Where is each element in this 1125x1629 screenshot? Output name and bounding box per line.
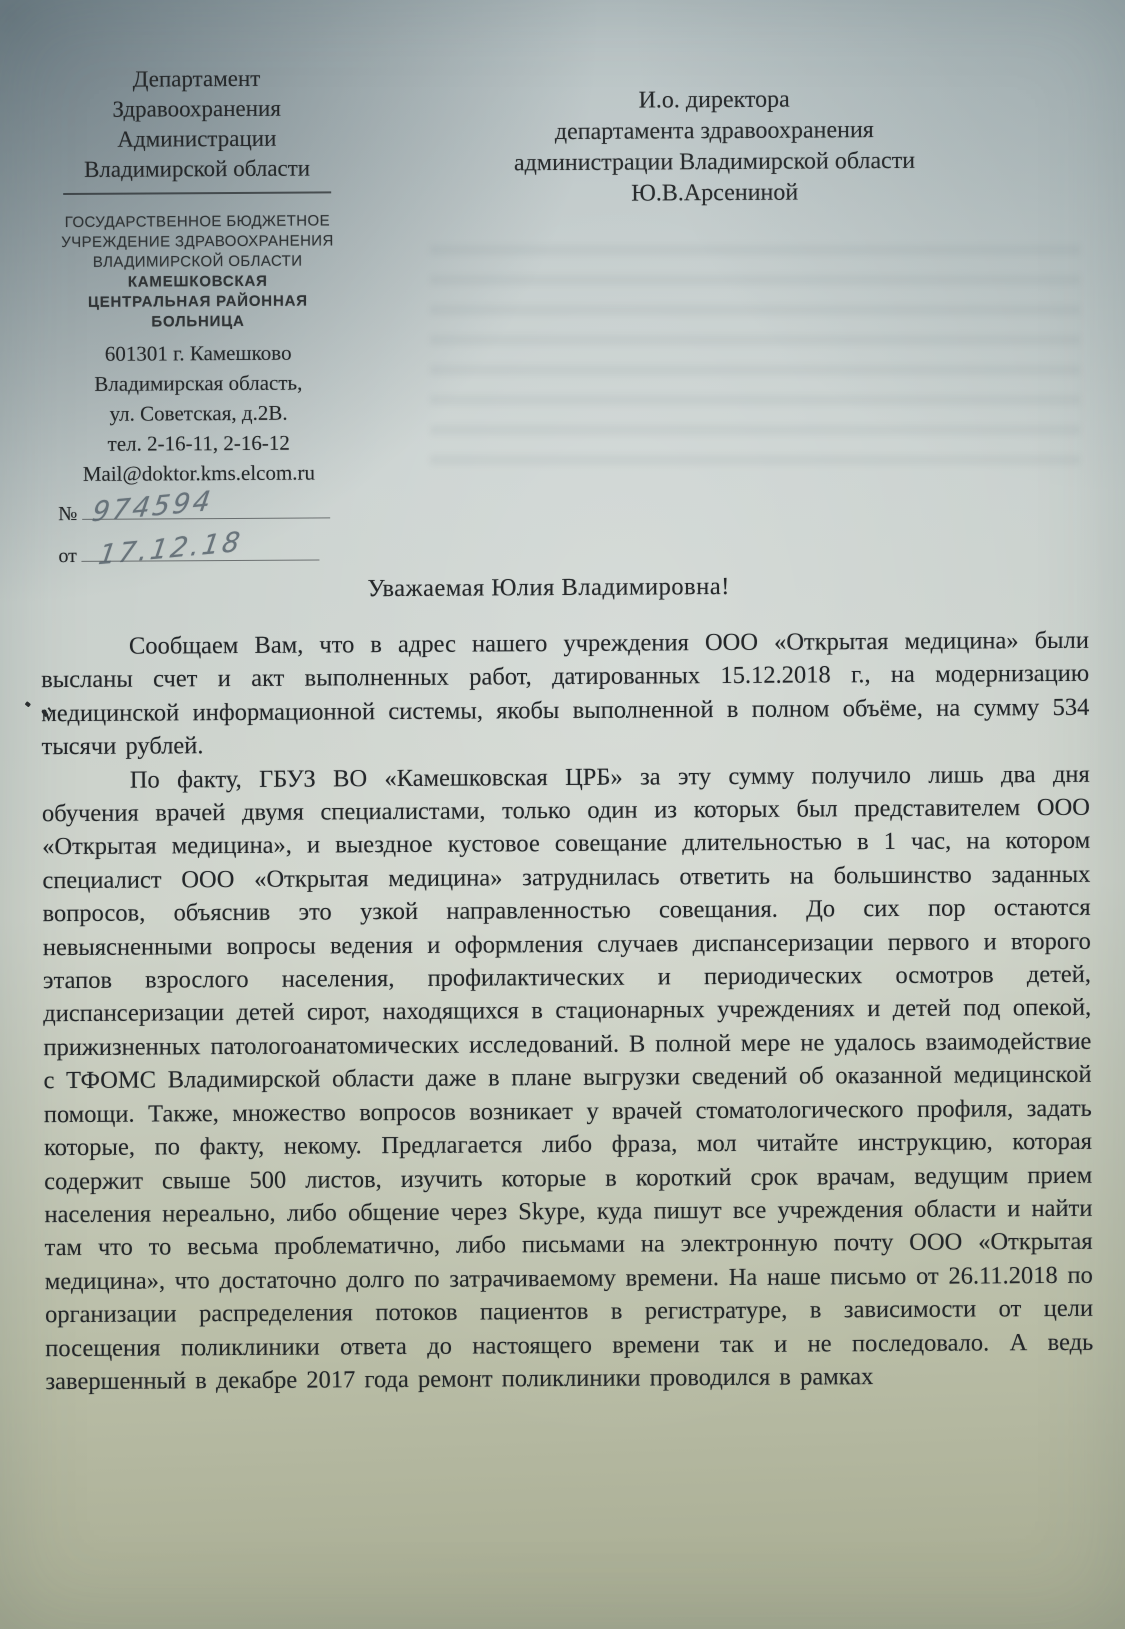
organization-name-line: КАМЕШКОВСКАЯ bbox=[39, 271, 357, 293]
body-paragraph: По факту, ГБУЗ ВО «Камешковская ЦРБ» за … bbox=[42, 757, 1094, 1398]
ref-date-row: от 17.12.18 bbox=[40, 537, 358, 573]
letterhead-department: Департамент Здравоохранения Администраци… bbox=[37, 63, 356, 185]
addressee-line: Ю.В.Арсениной bbox=[462, 177, 967, 211]
department-line: Департамент bbox=[37, 63, 355, 95]
ref-number-label: № bbox=[58, 497, 77, 531]
ref-date-label: от bbox=[58, 539, 77, 573]
addressee-line: администрации Владимирской области bbox=[462, 146, 967, 180]
salutation: Уважаемая Юлия Владимировна! bbox=[0, 571, 1099, 606]
letterhead: Департамент Здравоохранения Администраци… bbox=[37, 63, 358, 573]
organization-name-line: БОЛЬНИЦА bbox=[39, 311, 357, 333]
handwritten-ref-date: 17.12.18 bbox=[96, 525, 245, 573]
organization-name-line: ЦЕНТРАЛЬНАЯ РАЙОННАЯ bbox=[39, 291, 357, 313]
letter-content: Департамент Здравоохранения Администраци… bbox=[0, 0, 1125, 1629]
addressee-line: И.о. директора bbox=[462, 84, 967, 118]
address-line: Mail@doktor.kms.elcom.ru bbox=[40, 457, 358, 489]
letter-body: Сообщаем Вам, что в адрес нашего учрежде… bbox=[41, 624, 1094, 1399]
ref-number-row: № 974594 bbox=[40, 495, 358, 531]
department-line: Владимирской области bbox=[38, 153, 356, 185]
handwritten-ref-number: 974594 bbox=[90, 485, 216, 531]
letterhead-address: 601301 г. Камешково Владимирская область… bbox=[39, 337, 358, 489]
department-line: Здравоохранения bbox=[38, 93, 356, 125]
address-line: 601301 г. Камешково bbox=[39, 337, 357, 369]
addressee-line: департамента здравоохранения bbox=[462, 115, 967, 149]
addressee-block: И.о. директора департамента здравоохране… bbox=[462, 84, 968, 211]
organization-line: ГОСУДАРСТВЕННОЕ БЮДЖЕТНОЕ bbox=[38, 211, 356, 233]
address-line: ул. Советская, д.2В. bbox=[39, 397, 357, 429]
department-line: Администрации bbox=[38, 123, 356, 155]
letterhead-divider bbox=[63, 191, 331, 195]
organization-line: УЧРЕЖДЕНИЕ ЗДРАВООХРАНЕНИЯ bbox=[38, 231, 356, 253]
address-line: Владимирская область, bbox=[39, 367, 357, 399]
body-paragraph: Сообщаем Вам, что в адрес нашего учрежде… bbox=[41, 624, 1090, 764]
scanned-letter-page: Департамент Здравоохранения Администраци… bbox=[0, 0, 1125, 1629]
ink-mark bbox=[25, 701, 31, 707]
letterhead-organization: ГОСУДАРСТВЕННОЕ БЮДЖЕТНОЕ УЧРЕЖДЕНИЕ ЗДР… bbox=[38, 211, 357, 333]
organization-line: ВЛАДИМИРСКОЙ ОБЛАСТИ bbox=[39, 251, 357, 273]
address-line: тел. 2-16-11, 2-16-12 bbox=[40, 427, 358, 459]
